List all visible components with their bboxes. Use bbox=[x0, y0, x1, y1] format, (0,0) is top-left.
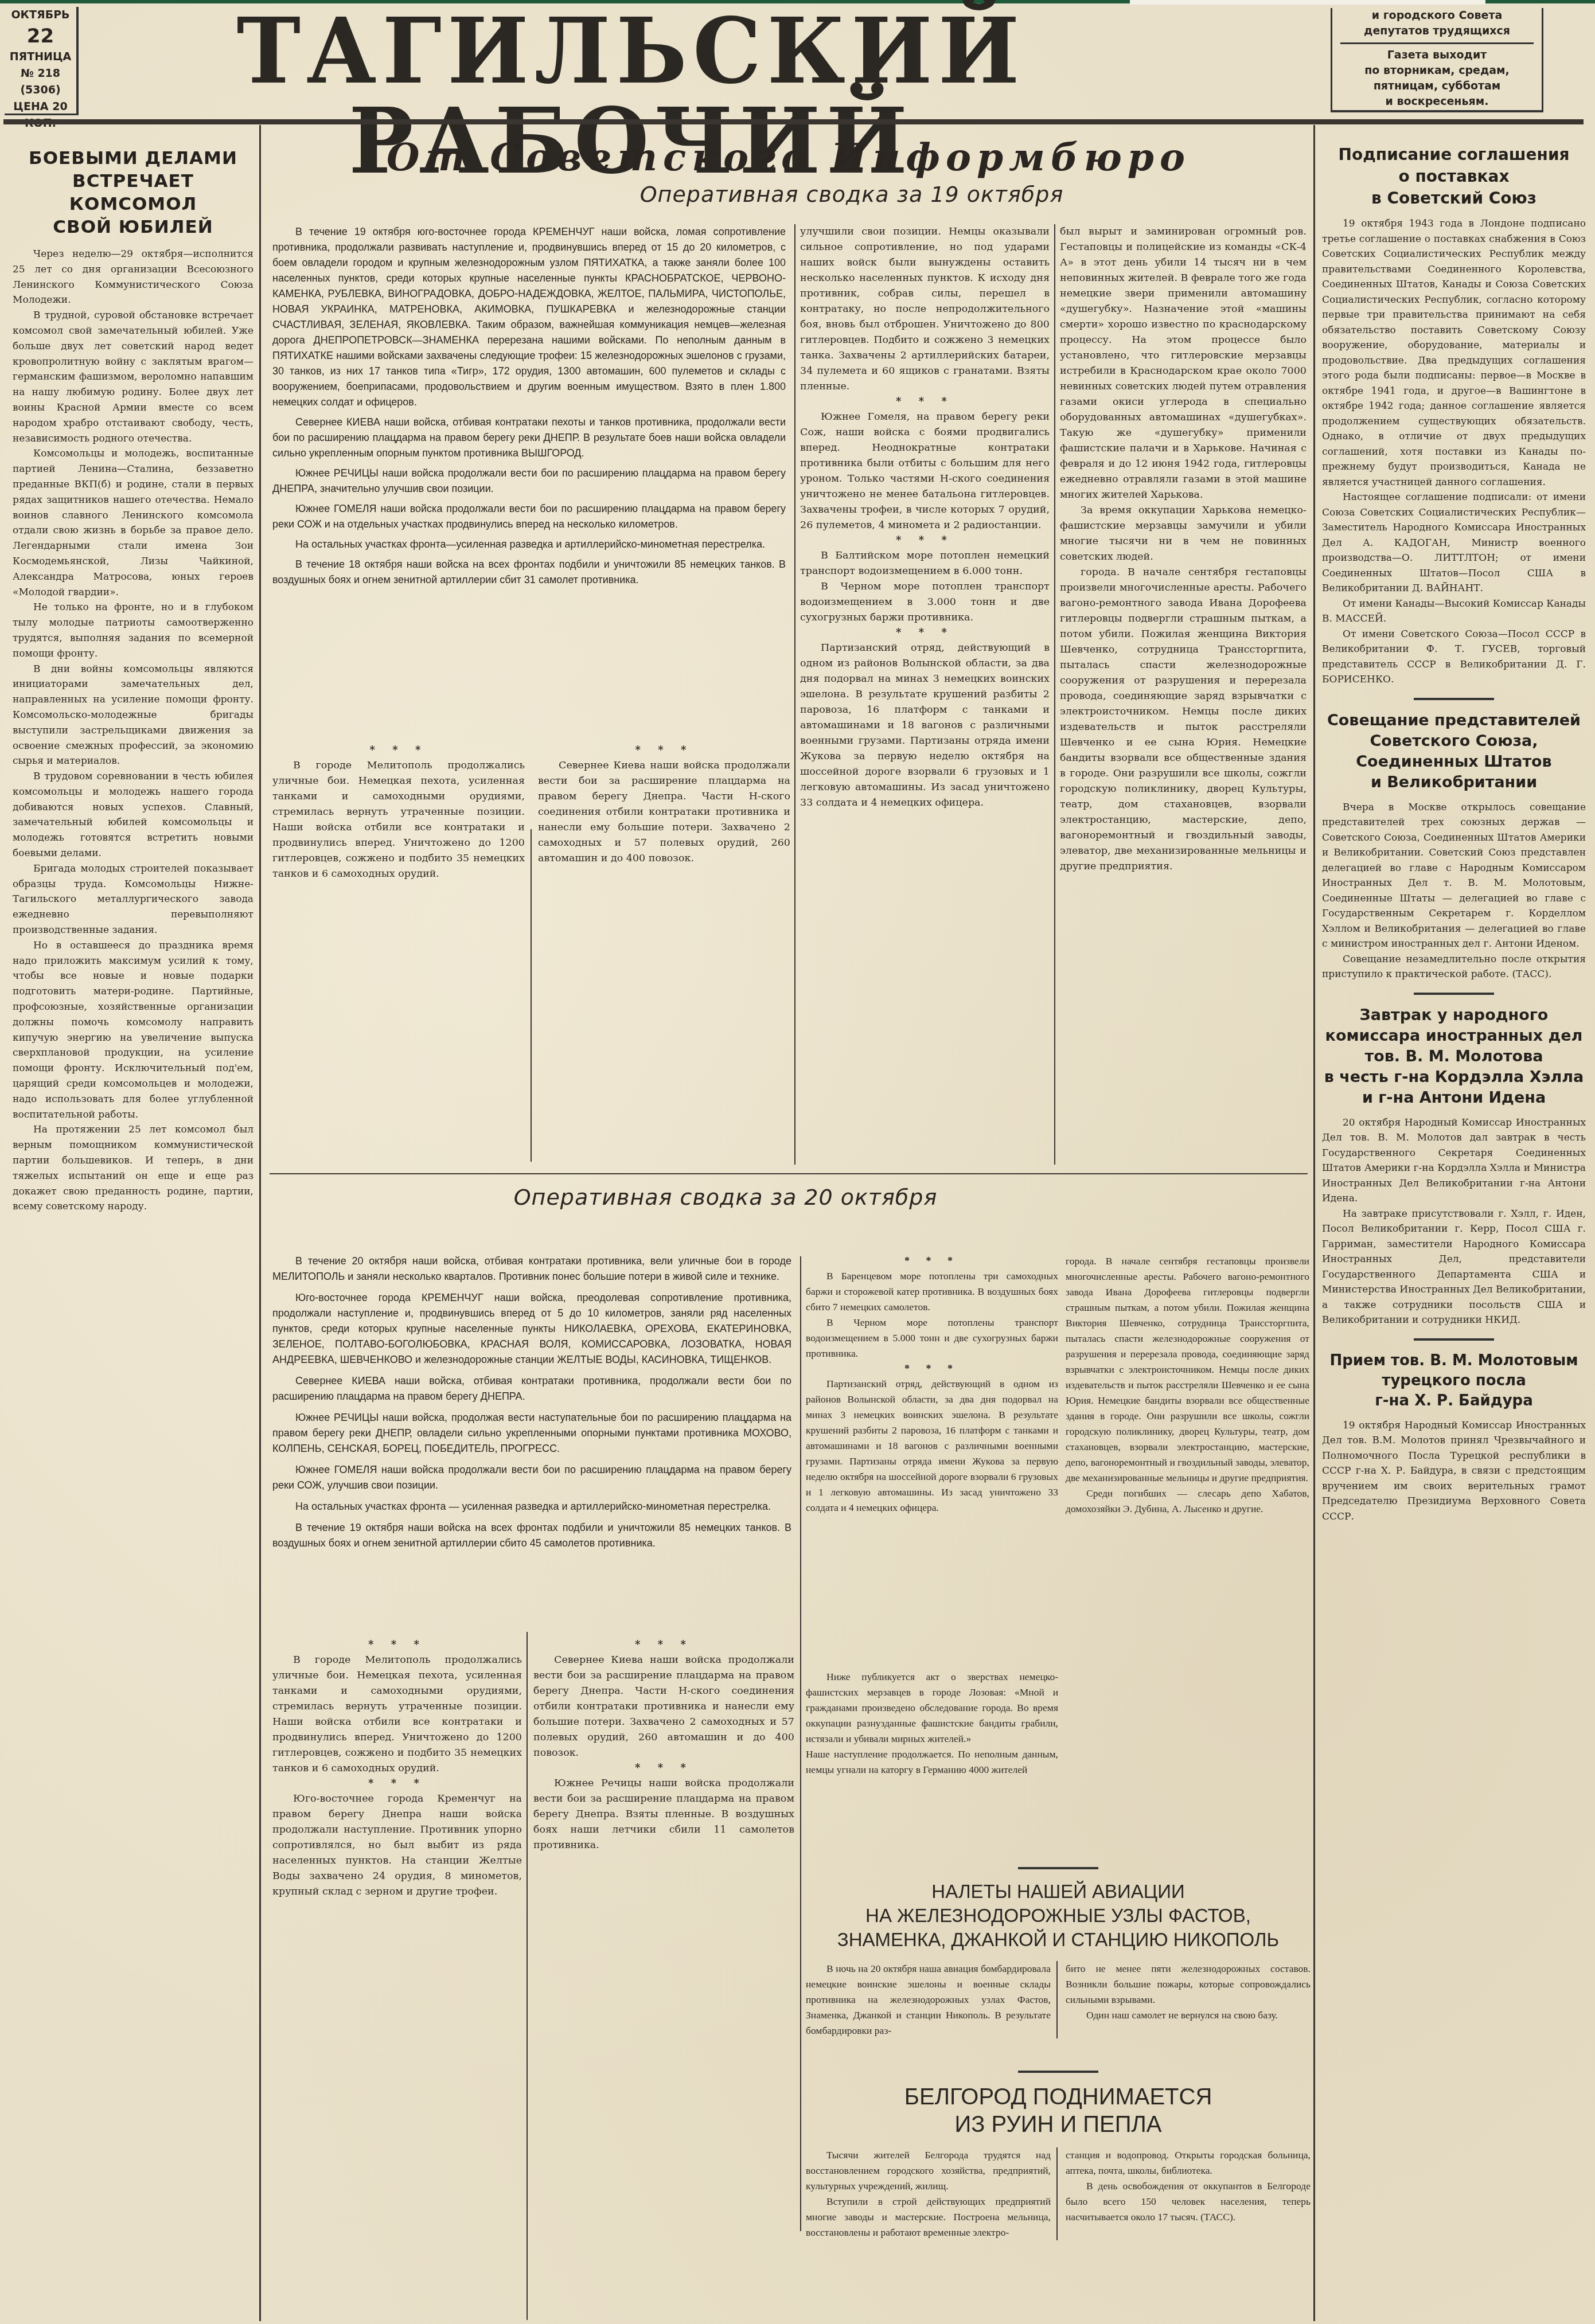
section-stars: * * * bbox=[806, 1361, 1058, 1376]
section-stars: * * * bbox=[272, 1776, 522, 1791]
headline-line: БЕЛГОРОД ПОДНИМАЕТСЯ bbox=[806, 2083, 1311, 2111]
headline-line: Прием тов. В. М. Молотовым bbox=[1322, 1351, 1586, 1371]
section-stars: * * * bbox=[272, 1638, 522, 1653]
paragraph: На протяжении 25 лет комсомол был верным… bbox=[13, 1122, 254, 1214]
conference-headline: Совещание представителей Советского Союз… bbox=[1322, 710, 1586, 793]
paragraph: Среди погибших — слесарь депо Хабатов, д… bbox=[1066, 1486, 1309, 1517]
paragraph: В городе Мелитополь продолжались уличные… bbox=[272, 1653, 522, 1776]
right-column: Подписание соглашения о поставках в Сове… bbox=[1322, 144, 1586, 2317]
top-edge-strip bbox=[1130, 0, 1485, 5]
headline-line: Соединенных Штатов bbox=[1322, 752, 1586, 772]
column-divider bbox=[527, 1632, 528, 2320]
headline-line: ВСТРЕЧАЕТ КОМСОМОЛ bbox=[13, 170, 254, 216]
belgorod-col-1: Тысячи жителей Белгорода трудятся над во… bbox=[806, 2147, 1058, 2240]
paragraph: Севернее КИЕВА наши войска, отбивая конт… bbox=[272, 415, 786, 461]
column-divider bbox=[531, 829, 532, 1162]
paragraph: В Черном море потоплены транспорт водоиз… bbox=[806, 1315, 1058, 1361]
breakfast-body: 20 октября Народный Комиссар Иностранных… bbox=[1322, 1115, 1586, 1328]
headline-line: г-на Х. Р. Байдура bbox=[1322, 1391, 1586, 1411]
sovinformburo-header: От Советского Информбюро Оперативная сво… bbox=[270, 134, 1308, 220]
report-20-column-3: города. В начале сентября гестаповцы про… bbox=[1066, 1253, 1309, 1850]
belgorod-col-2: станция и водопровод. Открыты городская … bbox=[1066, 2147, 1311, 2240]
short-divider bbox=[1414, 1338, 1494, 1341]
paragraph: города. В начале сентября гестаповцы про… bbox=[1060, 565, 1307, 874]
headline-line: ИЗ РУИН И ПЕПЛА bbox=[806, 2111, 1311, 2138]
paragraph: Настоящее соглашение подписали: от имени… bbox=[1322, 490, 1586, 596]
paragraph: 19 октября 1943 года в Лондоне подписано… bbox=[1322, 216, 1586, 490]
report-20-subtitle: Оперативная сводка за 20 октября bbox=[270, 1182, 1308, 1213]
paragraph: Вступили в строй действующих предприятий… bbox=[806, 2194, 1051, 2240]
report-19-subcol-right: * * * Севернее Киева наши войска продолж… bbox=[538, 743, 790, 1167]
paragraph: Южнее Гомеля, на правом берегу реки Сож,… bbox=[800, 409, 1050, 533]
report-19-subcol-left: * * * В городе Мелитополь продолжались у… bbox=[272, 743, 525, 1167]
paragraph: был вырыт и заминирован огромный ров. Ге… bbox=[1060, 224, 1307, 503]
headline-line: СВОЙ ЮБИЛЕЙ bbox=[13, 216, 254, 239]
section-stars: * * * bbox=[533, 1638, 794, 1653]
month: ОКТЯБРЬ bbox=[5, 7, 76, 24]
paragraph: бито не менее пяти железнодорожных соста… bbox=[1066, 1961, 1311, 2007]
headline-line: комиссара иностранных дел bbox=[1322, 1026, 1586, 1046]
short-divider bbox=[1018, 1867, 1098, 1869]
paragraph: Не только на фронте, но и в глубоком тыл… bbox=[13, 600, 254, 661]
info-divider bbox=[1340, 42, 1534, 44]
paragraph: На остальных участках фронта — усиленная… bbox=[272, 1499, 791, 1514]
paragraph: За время оккупации Харькова немецко-фаши… bbox=[1060, 503, 1307, 565]
schedule-line: по вторникам, средам, bbox=[1332, 63, 1542, 79]
article-headline: БОЕВЫМИ ДЕЛАМИ ВСТРЕЧАЕТ КОМСОМОЛ СВОЙ Ю… bbox=[13, 147, 254, 239]
headline-line: Совещание представителей bbox=[1322, 710, 1586, 731]
column-divider bbox=[1313, 125, 1315, 2321]
column-divider bbox=[794, 224, 795, 1165]
paragraph: Один наш самолет не вернулся на свою баз… bbox=[1066, 2007, 1311, 2023]
publisher-line-2: депутатов трудящихся bbox=[1332, 24, 1542, 39]
paragraph: Южнее Речицы наши войска продолжали вест… bbox=[533, 1776, 794, 1853]
aviation-col-2: бито не менее пяти железнодорожных соста… bbox=[1066, 1961, 1311, 2038]
paragraph: В течение 19 октября наши войска на всех… bbox=[272, 1520, 791, 1551]
section-stars: * * * bbox=[800, 533, 1050, 548]
paragraph: Севернее Киева наши войска продолжали ве… bbox=[533, 1653, 794, 1761]
schedule-line: и воскресеньям. bbox=[1332, 94, 1542, 110]
aviation-col-1: В ночь на 20 октября наша авиация бомбар… bbox=[806, 1961, 1058, 2038]
paragraph: 20 октября Народный Комиссар Иностранных… bbox=[1322, 1115, 1586, 1206]
schedule-line: пятницам, субботам bbox=[1332, 79, 1542, 94]
info-box: и городского Совета депутатов трудящихся… bbox=[1331, 8, 1543, 112]
aviation-article: НАЛЕТЫ НАШЕЙ АВИАЦИИ НА ЖЕЛЕЗНОДОРОЖНЫЕ … bbox=[806, 1867, 1311, 2073]
paragraph: В течение 20 октября наши войска, отбива… bbox=[272, 1253, 791, 1284]
paragraph: Южнее РЕЧИЦЫ наши войска продолжали вест… bbox=[272, 466, 786, 497]
report-20-column-2: * * * В Баренцевом море потоплены три са… bbox=[806, 1253, 1058, 1666]
headline-line: о поставках bbox=[1322, 166, 1586, 188]
paragraph: Партизанский отряд, действующий в одном … bbox=[800, 640, 1050, 811]
report-20-header: Оперативная сводка за 20 октября bbox=[270, 1182, 1308, 1216]
paragraph: На завтраке присутствовали г. Хэлл, г. И… bbox=[1322, 1206, 1586, 1328]
section-stars: * * * bbox=[800, 626, 1050, 640]
report-19-main: В течение 19 октября юго-восточнее город… bbox=[272, 224, 786, 729]
paragraph: Севернее Киева наши войска продолжали ве… bbox=[538, 758, 790, 866]
paragraph: Севернее КИЕВА наши войска, отбивая конт… bbox=[272, 1373, 791, 1404]
headline-line: в честь г-на Кордэлла Хэлла bbox=[1322, 1067, 1586, 1088]
paragraph: В день освобождения от оккупантов в Белг… bbox=[1066, 2178, 1311, 2225]
report-20-subcol-left: * * * В городе Мелитополь продолжались у… bbox=[272, 1638, 522, 2314]
paragraph: В течение 19 октября юго-восточнее город… bbox=[272, 224, 786, 410]
paragraph: Комсомольцы и молодежь, воспитанные парт… bbox=[13, 446, 254, 600]
paragraph: В городе Мелитополь продолжались уличные… bbox=[272, 758, 525, 882]
reception-headline: Прием тов. В. М. Молотовым турецкого пос… bbox=[1322, 1351, 1586, 1411]
report-19-column-3: был вырыт и заминирован огромный ров. Ге… bbox=[1060, 224, 1307, 1165]
paragraph: Наше наступление продолжается. По неполн… bbox=[806, 1747, 1058, 1778]
paragraph: 19 октября Народный Комиссар Иностранных… bbox=[1322, 1418, 1586, 1525]
report-20-main: В течение 20 октября наши войска, отбива… bbox=[272, 1253, 791, 1620]
paragraph: В Балтийском море потоплен немецкий тран… bbox=[800, 548, 1050, 579]
paragraph: В трудовом соревновании в честь юбилея к… bbox=[13, 769, 254, 861]
sovinformburo-title: От Советского Информбюро bbox=[270, 134, 1308, 180]
headline-line: БОЕВЫМИ ДЕЛАМИ bbox=[13, 147, 254, 170]
paragraph: улучшили свои позиции. Немцы оказывали с… bbox=[800, 224, 1050, 395]
paragraph: Партизанский отряд, действующий в одном … bbox=[806, 1376, 1058, 1516]
headline-line: ЗНАМЕНКА, ДЖАНКОЙ И СТАНЦИЮ НИКОПОЛЬ bbox=[806, 1928, 1311, 1952]
paragraph: В трудной, суровой обстановке встречает … bbox=[13, 308, 254, 446]
paragraph: На остальных участках фронта—усиленная р… bbox=[272, 537, 786, 552]
masthead-rule bbox=[3, 119, 1584, 124]
masthead: ОКТЯБРЬ 22 ПЯТНИЦА № 218 (5306) ЦЕНА 20 … bbox=[0, 3, 1595, 127]
paragraph: От имени Канады—Высокий Комиссар Канады … bbox=[1322, 596, 1586, 627]
belgorod-article: БЕЛГОРОД ПОДНИМАЕТСЯ ИЗ РУИН И ПЕПЛА Тыс… bbox=[806, 2071, 1311, 2323]
section-stars: * * * bbox=[800, 395, 1050, 409]
paragraph: Тысячи жителей Белгорода трудятся над во… bbox=[806, 2147, 1051, 2194]
paragraph: В ночь на 20 октября наша авиация бомбар… bbox=[806, 1961, 1051, 2038]
paragraph: Южнее РЕЧИЦЫ наши войска, продолжая вест… bbox=[272, 1410, 791, 1456]
breakfast-headline: Завтрак у народного комиссара иностранны… bbox=[1322, 1005, 1586, 1108]
belgorod-headline: БЕЛГОРОД ПОДНИМАЕТСЯ ИЗ РУИН И ПЕПЛА bbox=[806, 2083, 1311, 2138]
section-stars: * * * bbox=[272, 743, 525, 758]
headline-line: и Великобритании bbox=[1322, 772, 1586, 793]
short-divider bbox=[1414, 698, 1494, 700]
paragraph: В Черном море потоплен транспорт водоизм… bbox=[800, 579, 1050, 626]
headline-line: НАЛЕТЫ НАШЕЙ АВИАЦИИ bbox=[806, 1880, 1311, 1904]
section-stars: * * * bbox=[533, 1761, 794, 1776]
paragraph: В Баренцевом море потоплены три самоходн… bbox=[806, 1268, 1058, 1315]
conference-body: Вчера в Москве открылось совещание предс… bbox=[1322, 800, 1586, 982]
schedule-line: Газета выходит bbox=[1332, 48, 1542, 63]
headline-line: турецкого посла bbox=[1322, 1371, 1586, 1391]
column-divider bbox=[259, 125, 261, 2321]
paragraph: В течение 18 октября наши войска на всех… bbox=[272, 557, 786, 588]
agreement-body: 19 октября 1943 года в Лондоне подписано… bbox=[1322, 216, 1586, 688]
agreement-headline: Подписание соглашения о поставках в Сове… bbox=[1322, 144, 1586, 209]
section-divider bbox=[270, 1173, 1308, 1174]
report-20-subcol-right: * * * Севернее Киева наши войска продолж… bbox=[533, 1638, 794, 2314]
column-divider bbox=[800, 1256, 801, 2231]
short-divider bbox=[1018, 2071, 1098, 2073]
newspaper-page: ОКТЯБРЬ 22 ПЯТНИЦА № 218 (5306) ЦЕНА 20 … bbox=[0, 3, 1595, 2324]
paragraph: Но в оставшееся до праздника время надо … bbox=[13, 938, 254, 1123]
weekday: ПЯТНИЦА bbox=[5, 49, 76, 65]
short-divider bbox=[1414, 993, 1494, 995]
headline-line: Советского Союза, bbox=[1322, 731, 1586, 752]
paragraph: Вчера в Москве открылось совещание предс… bbox=[1322, 800, 1586, 952]
paragraph: Южнее ГОМЕЛЯ наши войска продолжали вест… bbox=[272, 1462, 791, 1493]
paragraph: Южнее ГОМЕЛЯ наши войска продолжали вест… bbox=[272, 501, 786, 532]
belgorod-body: Тысячи жителей Белгорода трудятся над во… bbox=[806, 2147, 1311, 2240]
paragraph: Совещание незамедлительно после открытия… bbox=[1322, 952, 1586, 982]
paragraph: Юго-восточнее города Кременчуг на правом… bbox=[272, 1791, 522, 1900]
headline-line: Подписание соглашения bbox=[1322, 144, 1586, 166]
atrocity-act: Ниже публикуется акт о зверствах немецко… bbox=[806, 1669, 1058, 1853]
section-stars: * * * bbox=[538, 743, 790, 758]
headline-line: и г-на Антони Идена bbox=[1322, 1088, 1586, 1108]
paragraph: Через неделю—29 октября—исполнится 25 ле… bbox=[13, 247, 254, 308]
day-number: 22 bbox=[5, 24, 76, 49]
aviation-headline: НАЛЕТЫ НАШЕЙ АВИАЦИИ НА ЖЕЛЕЗНОДОРОЖНЫЕ … bbox=[806, 1880, 1311, 1952]
paragraph: От имени Советского Союза—Посол СССР в В… bbox=[1322, 627, 1586, 688]
paragraph: В дни войны комсомольцы являются инициат… bbox=[13, 662, 254, 770]
headline-line: тов. В. М. Молотова bbox=[1322, 1046, 1586, 1067]
issue-number: № 218 (5306) bbox=[5, 65, 76, 99]
article-body: Через неделю—29 октября—исполнится 25 ле… bbox=[13, 247, 254, 1214]
paragraph: города. В начале сентября гестаповцы про… bbox=[1066, 1253, 1309, 1486]
report-19-subtitle: Оперативная сводка за 19 октября bbox=[396, 180, 1308, 209]
paragraph: Юго-восточнее города КРЕМЕНЧУГ наши войс… bbox=[272, 1290, 791, 1368]
headline-line: в Советский Союз bbox=[1322, 188, 1586, 209]
aviation-body: В ночь на 20 октября наша авиация бомбар… bbox=[806, 1961, 1311, 2038]
column-divider bbox=[1054, 224, 1055, 1165]
publisher-line-1: и городского Совета bbox=[1332, 8, 1542, 24]
komsomol-article: БОЕВЫМИ ДЕЛАМИ ВСТРЕЧАЕТ КОМСОМОЛ СВОЙ Ю… bbox=[13, 147, 254, 2320]
date-box: ОКТЯБРЬ 22 ПЯТНИЦА № 218 (5306) ЦЕНА 20 … bbox=[5, 7, 79, 115]
paragraph: Бригада молодых строителей показывает об… bbox=[13, 861, 254, 938]
headline-line: Завтрак у народного bbox=[1322, 1005, 1586, 1026]
section-stars: * * * bbox=[806, 1253, 1058, 1268]
paragraph: Ниже публикуется акт о зверствах немецко… bbox=[806, 1669, 1058, 1747]
paragraph: станция и водопровод. Открыты городская … bbox=[1066, 2147, 1311, 2178]
price: ЦЕНА 20 КОП. bbox=[5, 99, 76, 132]
reception-body: 19 октября Народный Комиссар Иностранных… bbox=[1322, 1418, 1586, 1525]
headline-line: НА ЖЕЛЕЗНОДОРОЖНЫЕ УЗЛЫ ФАСТОВ, bbox=[806, 1904, 1311, 1928]
report-19-column-2: улучшили свои позиции. Немцы оказывали с… bbox=[800, 224, 1050, 1165]
